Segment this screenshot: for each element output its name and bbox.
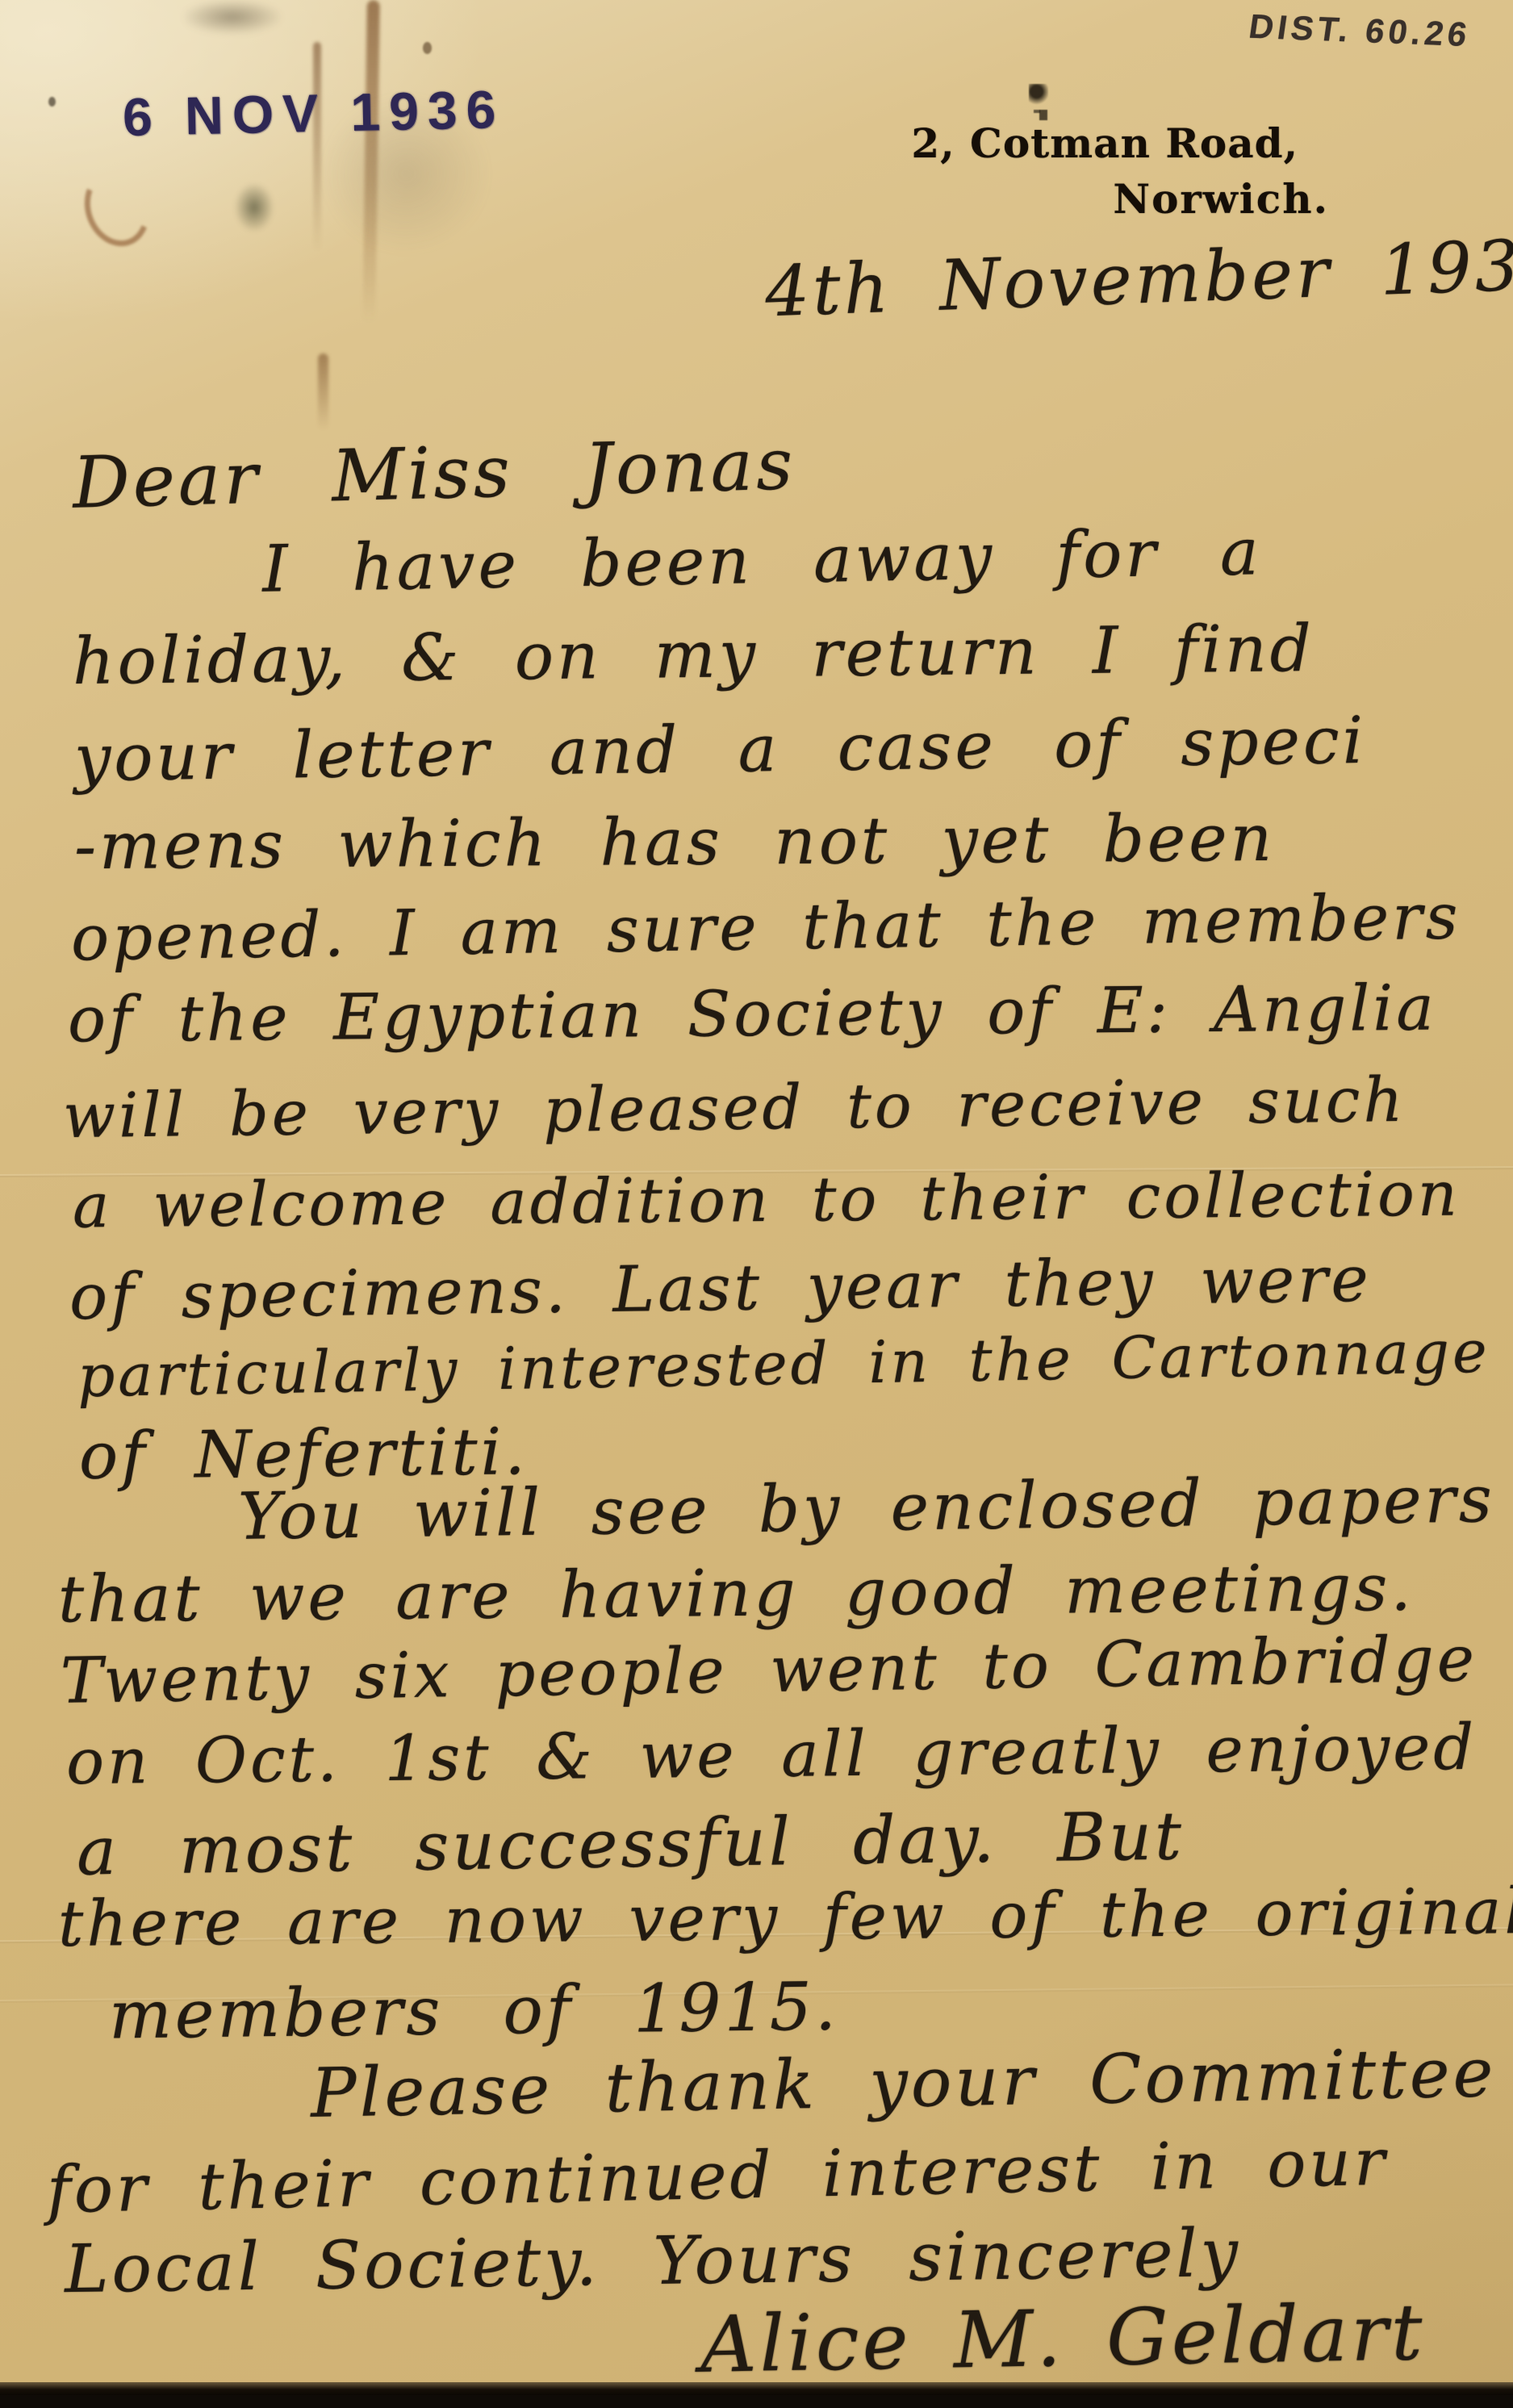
letterhead-address-line: 2, Cotman Road, — [911, 119, 1329, 167]
rust-streak-stain — [313, 42, 321, 252]
letter-line: a most successful day. But — [76, 1798, 1185, 1890]
letter-line: will be very pleased to receive such — [63, 1064, 1406, 1152]
letter-line: holiday, & on my return I find — [73, 611, 1315, 699]
letter-page: DIST. 60.26 6 NOV 1936 2, Cotman Road, N… — [0, 0, 1513, 2395]
letter-line: members of 1915. — [108, 1968, 839, 2054]
letter-line: there are now very few of the original — [58, 1875, 1513, 1961]
rust-drip-stain — [318, 353, 328, 430]
letterhead-city-line: Norwich. — [911, 175, 1329, 223]
letterhead: 2, Cotman Road, Norwich. — [911, 119, 1329, 223]
letter-line: of the Egyptian Society of E: Anglia — [68, 972, 1437, 1057]
salutation: Dear Miss Jonas — [72, 422, 797, 524]
letter-line: of specimens. Last year they were — [69, 1244, 1372, 1335]
scan-bottom-edge — [0, 2382, 1513, 2395]
letter-line: a welcome addition to their collection — [73, 1157, 1461, 1241]
letter-line: opened. I am sure that the members — [70, 880, 1461, 975]
letter-line: particularly interested in the Cartonnag… — [77, 1318, 1490, 1411]
rust-streak-stain — [362, 0, 380, 323]
letter-line: I have been away for a — [261, 514, 1262, 607]
letter-line: on Oct. 1st & we all greatly enjoyed — [66, 1712, 1477, 1799]
letter-line: your letter and a case of speci — [73, 703, 1366, 796]
top-edge-smudge — [184, 0, 281, 34]
letter-line: Twenty six people went to Cambridge — [60, 1623, 1477, 1718]
handwritten-date: 4th November 1936 — [764, 224, 1513, 333]
curved-brown-stain — [74, 161, 160, 256]
archive-reference-number: DIST. 60.26 — [1247, 7, 1473, 54]
date-received-stamp: 6 NOV 1936 — [122, 78, 505, 148]
ink-blot — [1029, 84, 1048, 110]
letter-line: that we are having good meetings. — [58, 1550, 1415, 1637]
letter-line: -mens which has not yet been — [74, 801, 1276, 884]
ink-speck — [423, 42, 432, 54]
ink-speck — [48, 97, 56, 107]
letter-line: for their continued interest in our — [46, 2125, 1389, 2228]
dark-smudge-stain — [234, 182, 274, 232]
signature: Alice M. Geldart — [700, 2287, 1426, 2390]
